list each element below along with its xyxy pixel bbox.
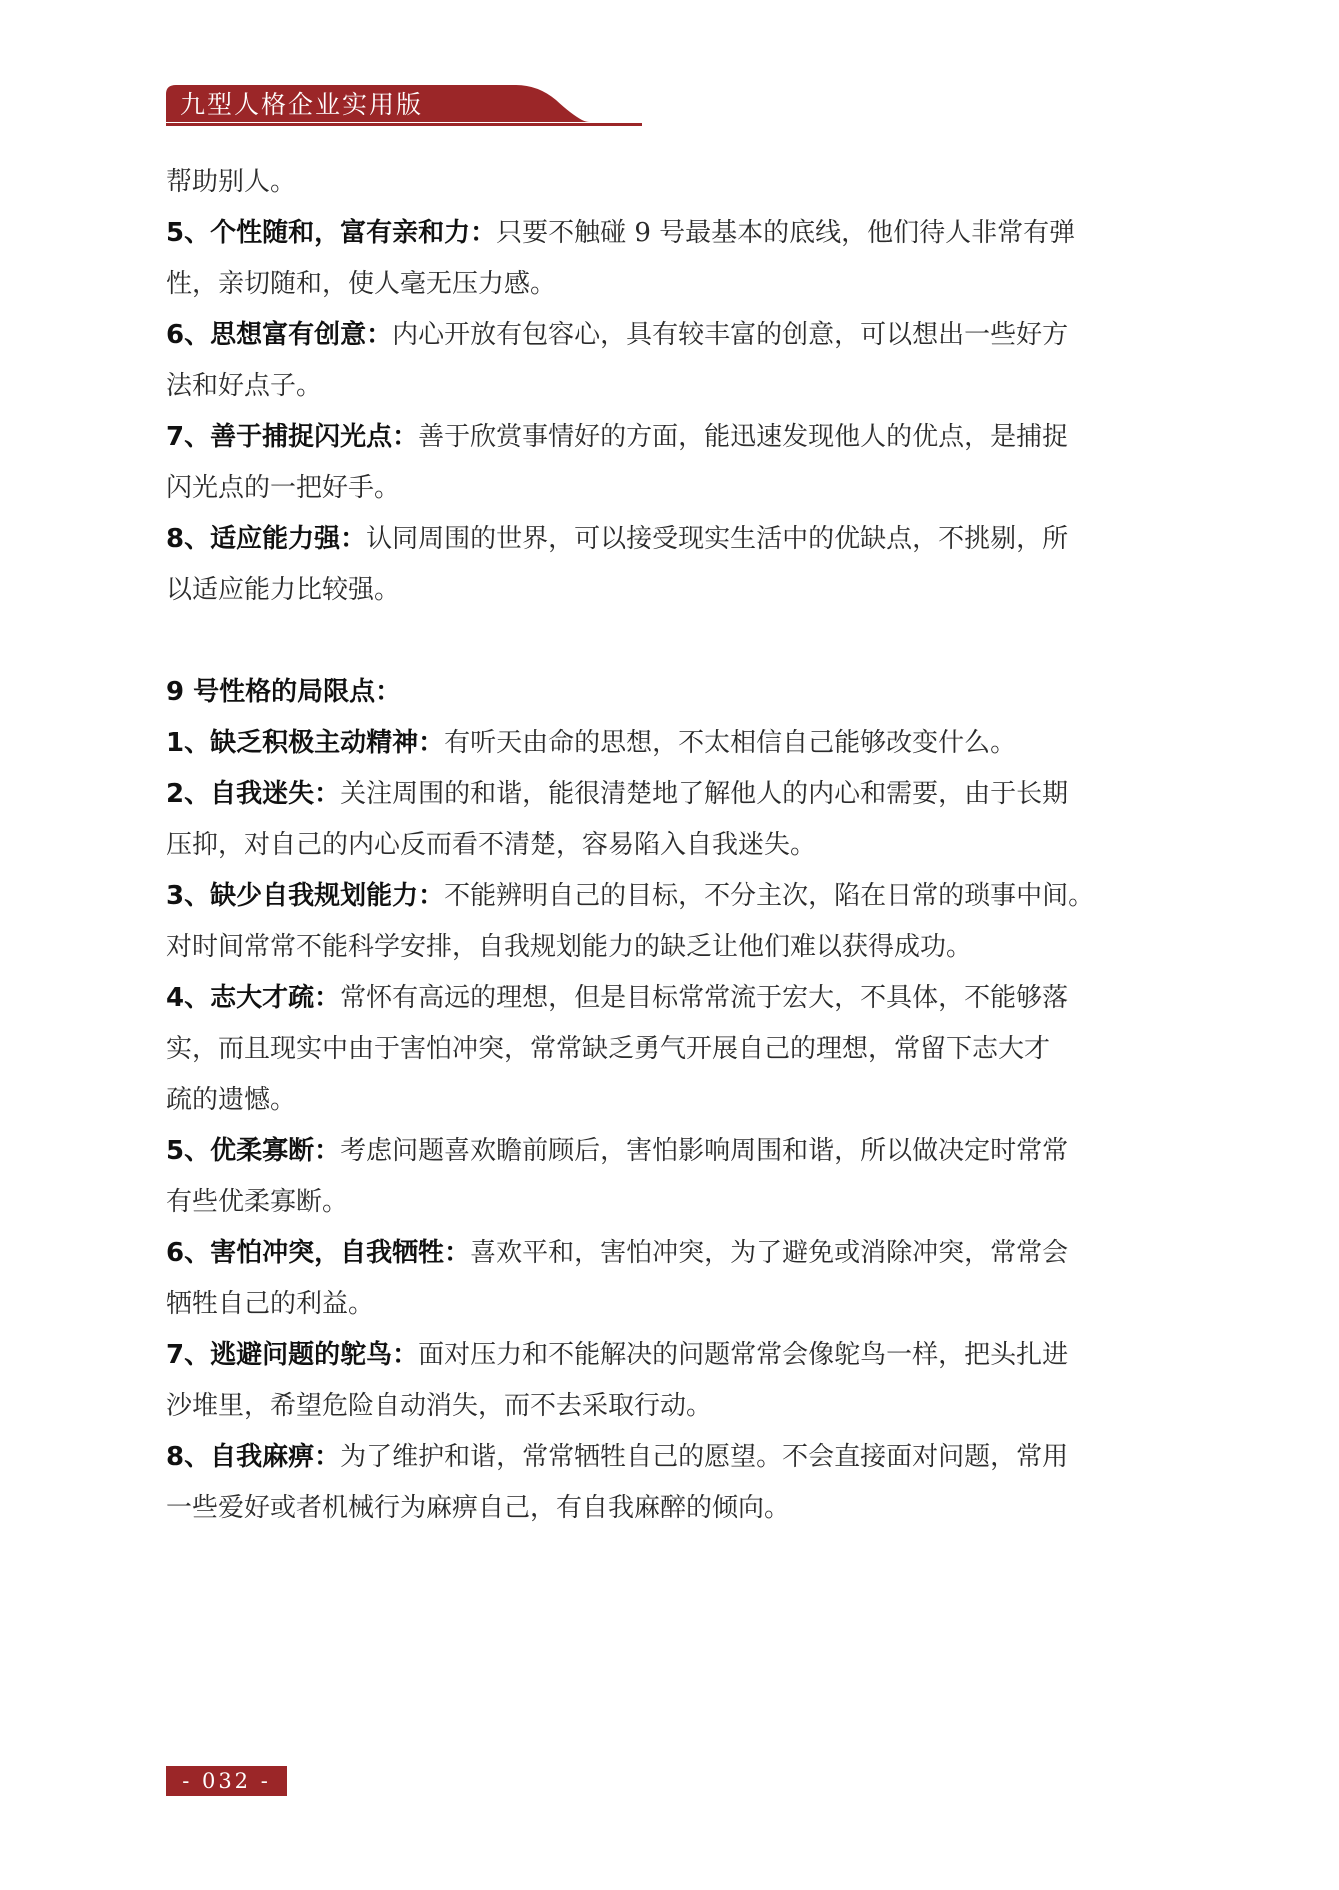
limitation-item: 2、自我迷失：关注周围的和谐，能很清楚地了解他人的内心和需要，由于长期 [166,769,1186,820]
section-spacer [166,616,1186,667]
item-heading: 6、害怕冲突，自我牺牲： [166,1238,470,1268]
strength-item: 5、个性随和，富有亲和力：只要不触碰 9 号最基本的底线，他们待人非常有弹 [166,208,1186,259]
item-text: 关注周围的和谐，能很清楚地了解他人的内心和需要，由于长期 [340,779,1068,809]
item-text-cont: 闪光点的一把好手。 [166,463,1186,514]
item-text-cont: 压抑，对自己的内心反而看不清楚，容易陷入自我迷失。 [166,820,1186,871]
item-text-cont: 实，而且现实中由于害怕冲突，常常缺乏勇气开展自己的理想，常留下志大才 [166,1024,1186,1075]
item-heading: 5、个性随和，富有亲和力： [166,218,496,248]
item-text-cont: 法和好点子。 [166,361,1186,412]
continuation-text: 帮助别人。 [166,157,1186,208]
item-text: 不能辨明自己的目标，不分主次，陷在日常的琐事中间。 [444,881,1094,911]
section-title: 9 号性格的局限点： [166,667,1186,718]
item-text-cont: 疏的遗憾。 [166,1075,1186,1126]
page-content: 帮助别人。 5、个性随和，富有亲和力：只要不触碰 9 号最基本的底线，他们待人非… [166,157,1186,1534]
strength-item: 7、善于捕捉闪光点：善于欣赏事情好的方面，能迅速发现他人的优点，是捕捉 [166,412,1186,463]
page-header: 九型人格企业实用版 [166,84,642,128]
item-text-cont: 对时间常常不能科学安排，自我规划能力的缺乏让他们难以获得成功。 [166,922,1186,973]
item-heading: 3、缺少自我规划能力： [166,881,444,911]
item-text-cont: 沙堆里，希望危险自动消失，而不去采取行动。 [166,1381,1186,1432]
document-title: 九型人格企业实用版 [180,88,423,122]
item-heading: 5、优柔寡断： [166,1136,340,1166]
item-text: 常怀有高远的理想，但是目标常常流于宏大，不具体，不能够落 [340,983,1068,1013]
strength-item: 6、思想富有创意：内心开放有包容心，具有较丰富的创意，可以想出一些好方 [166,310,1186,361]
page-number: - 032 - [166,1766,287,1796]
item-text-cont: 以适应能力比较强。 [166,565,1186,616]
limitation-item: 7、逃避问题的鸵鸟：面对压力和不能解决的问题常常会像鸵鸟一样，把头扎进 [166,1330,1186,1381]
item-text: 考虑问题喜欢瞻前顾后，害怕影响周围和谐，所以做决定时常常 [340,1136,1068,1166]
item-text: 内心开放有包容心，具有较丰富的创意，可以想出一些好方 [392,320,1068,350]
item-heading: 8、自我麻痹： [166,1442,340,1472]
item-text: 面对压力和不能解决的问题常常会像鸵鸟一样，把头扎进 [418,1340,1068,1370]
item-heading: 4、志大才疏： [166,983,340,1013]
item-heading: 2、自我迷失： [166,779,340,809]
item-heading: 8、适应能力强： [166,524,366,554]
item-heading: 7、逃避问题的鸵鸟： [166,1340,418,1370]
item-heading: 1、缺乏积极主动精神： [166,728,444,758]
item-text: 有听天由命的思想，不太相信自己能够改变什么。 [444,728,1016,758]
limitation-item: 4、志大才疏：常怀有高远的理想，但是目标常常流于宏大，不具体，不能够落 [166,973,1186,1024]
limitation-item: 8、自我麻痹：为了维护和谐，常常牺牲自己的愿望。不会直接面对问题，常用 [166,1432,1186,1483]
item-heading: 6、思想富有创意： [166,320,392,350]
strength-item: 8、适应能力强：认同周围的世界，可以接受现实生活中的优缺点，不挑剔，所 [166,514,1186,565]
item-heading: 7、善于捕捉闪光点： [166,422,418,452]
item-text: 为了维护和谐，常常牺牲自己的愿望。不会直接面对问题，常用 [340,1442,1068,1472]
item-text-cont: 性，亲切随和，使人毫无压力感。 [166,259,1186,310]
item-text: 善于欣赏事情好的方面，能迅速发现他人的优点，是捕捉 [418,422,1068,452]
item-text-cont: 有些优柔寡断。 [166,1177,1186,1228]
item-text: 认同周围的世界，可以接受现实生活中的优缺点，不挑剔，所 [366,524,1068,554]
limitation-item: 3、缺少自我规划能力：不能辨明自己的目标，不分主次，陷在日常的琐事中间。 [166,871,1186,922]
limitation-item: 5、优柔寡断：考虑问题喜欢瞻前顾后，害怕影响周围和谐，所以做决定时常常 [166,1126,1186,1177]
limitations-title: 9 号性格的局限点： [166,677,401,707]
item-text-cont: 一些爱好或者机械行为麻痹自己，有自我麻醉的倾向。 [166,1483,1186,1534]
item-text: 喜欢平和，害怕冲突，为了避免或消除冲突，常常会 [470,1238,1068,1268]
limitation-item: 6、害怕冲突，自我牺牲：喜欢平和，害怕冲突，为了避免或消除冲突，常常会 [166,1228,1186,1279]
item-text: 只要不触碰 9 号最基本的底线，他们待人非常有弹 [496,218,1075,248]
limitation-item: 1、缺乏积极主动精神：有听天由命的思想，不太相信自己能够改变什么。 [166,718,1186,769]
item-text-cont: 牺牲自己的利益。 [166,1279,1186,1330]
